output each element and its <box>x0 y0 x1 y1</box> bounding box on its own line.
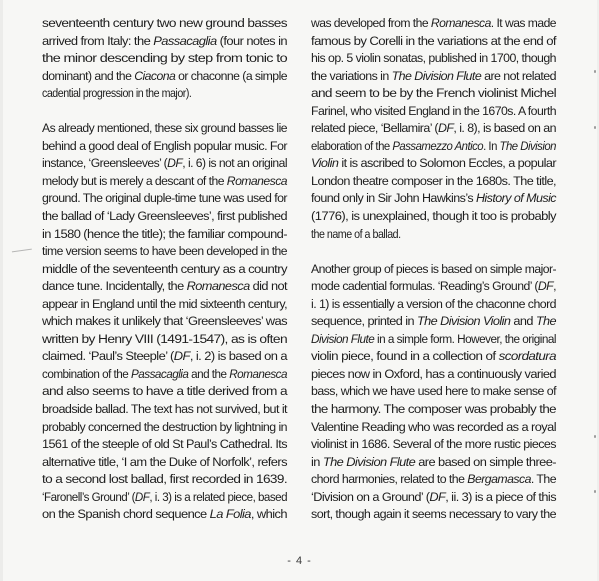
text-run: chord harmonies, related to the <box>311 472 467 486</box>
text-line: probably concerned the destruction by li… <box>42 419 287 437</box>
italic-text: DF <box>438 121 453 135</box>
text-run: , which <box>251 507 287 521</box>
text-run: alternative title, ‘I am the Duke of Nor… <box>42 455 287 469</box>
text-run: and <box>510 314 535 328</box>
text-run: instance, ‘Greensleeves’ ( <box>42 156 167 170</box>
text-run: , i. 3) is a related piece, based <box>149 490 287 504</box>
text-run: dance tune. Incidentally, the <box>42 279 187 293</box>
text-line: the name of a ballad. <box>311 226 556 244</box>
text-line: written by Henry VIII (1491-1547), as is… <box>42 331 287 349</box>
text-line: found only in Sir John Hawkins’s History… <box>311 190 556 208</box>
text-line: broadside ballad. The text has not survi… <box>42 401 287 419</box>
text-run: in a simple form. However, the original <box>374 332 556 346</box>
text-run: . The <box>531 472 556 486</box>
text-run: 1561 of the steeple of old St Paul’s Cat… <box>42 437 287 451</box>
text-run: Farinel, who visited England in the 1670… <box>311 104 556 118</box>
italic-text: Romanesca <box>187 279 250 293</box>
text-line: cadential progression in the major). <box>42 85 287 103</box>
italic-text: The Division <box>500 139 556 153</box>
paragraph: Another group of pieces is based on simp… <box>311 261 556 524</box>
italic-text: Passacaglia <box>153 34 216 48</box>
text-line: which makes it unlikely that ‘Greensleev… <box>42 313 287 331</box>
italic-text: History of Music <box>476 191 556 205</box>
text-line: instance, ‘Greensleeves’ (DF, i. 6) is n… <box>42 155 287 173</box>
text-run: Valentine Reading who was recorded as a … <box>311 420 556 434</box>
text-run: on the Spanish chord sequence <box>42 507 210 521</box>
italic-text: Bergamasca <box>467 472 531 486</box>
text-line: chord harmonies, related to the Bergamas… <box>311 471 556 489</box>
text-run: violinist in 1686. Several of the more r… <box>311 437 556 451</box>
text-line: to a second lost ballad, first recorded … <box>42 471 287 489</box>
text-run: pieces now in Oxford, has a continuously… <box>311 367 556 381</box>
text-line: in The Division Flute are based on simpl… <box>311 454 556 472</box>
text-run: mode cadential formulas. ‘Reading’s Grou… <box>311 279 538 293</box>
text-run: middle of the seventeenth century as a c… <box>42 262 287 276</box>
text-run: famous by Corelli in the variations at t… <box>311 34 556 48</box>
text-line: Division Flute in a simple form. However… <box>311 331 556 349</box>
italic-text: DF <box>135 490 149 504</box>
text-line: Violin it is ascribed to Solomon Eccles,… <box>311 155 556 173</box>
text-run: violin piece, found in a collection of <box>311 349 499 363</box>
text-run: and the <box>188 367 229 381</box>
text-line: bass, which we have used here to make se… <box>311 383 556 401</box>
text-run: melody but is merely a descant of the <box>42 174 227 188</box>
text-line: melody but is merely a descant of the Ro… <box>42 173 287 191</box>
text-line: violinist in 1686. Several of the more r… <box>311 436 556 454</box>
left-text-column: seventeenth century two new ground basse… <box>42 15 287 524</box>
page-number: - 4 - <box>0 555 599 567</box>
text-run: it is ascribed to Solomon Eccles, a popu… <box>338 156 556 170</box>
italic-text: DF <box>174 349 190 363</box>
text-run: written by Henry VIII (1491-1547), as is… <box>42 332 287 346</box>
text-line: sequence, printed in The Division Violin… <box>311 313 556 331</box>
text-run: seventeenth century two new ground basse… <box>42 16 287 30</box>
text-run: or chaconne (a simple <box>175 69 287 83</box>
text-run: appear in England until the mid sixteent… <box>42 297 287 311</box>
text-line: seventeenth century two new ground basse… <box>42 15 287 33</box>
text-line: pieces now in Oxford, has a continuously… <box>311 366 556 384</box>
text-line: 1561 of the steeple of old St Paul’s Cat… <box>42 436 287 454</box>
text-line: famous by Corelli in the variations at t… <box>311 33 556 51</box>
text-run: are based on simple three- <box>415 455 556 469</box>
text-run: to a second lost ballad, first recorded … <box>42 472 287 486</box>
text-run: ‘Division on a Ground’ ( <box>311 490 429 504</box>
text-line: claimed. ‘Paul’s Steeple’ (DF, i. 2) is … <box>42 348 287 366</box>
text-line: elaboration of the Passamezzo Antico. In… <box>311 138 556 156</box>
text-run: , <box>553 279 556 293</box>
italic-text: La Folia <box>210 507 251 521</box>
text-line: sort, though again it seems necessary to… <box>311 506 556 524</box>
italic-text: Passamezzo Antico <box>392 139 483 153</box>
text-run: and also seems to have a title derived f… <box>42 384 287 398</box>
text-line: and also seems to have a title derived f… <box>42 383 287 401</box>
italic-text: Passacaglia <box>131 367 188 381</box>
text-run: arrived from Italy: the <box>42 34 153 48</box>
text-run: (1776), is unexplained, though it too is… <box>311 209 556 223</box>
text-run: sequence, printed in <box>311 314 417 328</box>
text-run: claimed. ‘Paul’s Steeple’ ( <box>42 349 174 363</box>
italic-text: DF <box>167 156 182 170</box>
italic-text: Division Flute <box>311 332 374 346</box>
right-text-column: was developed from the Romanesca. It was… <box>311 15 556 524</box>
margin-pen-mark <box>12 249 32 255</box>
text-line: Farinel, who visited England in the 1670… <box>311 103 556 121</box>
text-line: (1776), is unexplained, though it too is… <box>311 208 556 226</box>
text-line: ‘Faronell’s Ground’ (DF, i. 3) is a rela… <box>42 489 287 507</box>
text-run: (four notes in <box>217 34 287 48</box>
text-run: the ballad of ‘Lady Greensleeves’, first… <box>42 209 287 223</box>
text-line: the minor descending by step from tonic … <box>42 50 287 68</box>
text-line: related piece, ‘Bellamira’ (DF, i. 8), i… <box>311 120 556 138</box>
text-line: i. 1) is essentially a version of the ch… <box>311 296 556 314</box>
text-line: alternative title, ‘I am the Duke of Nor… <box>42 454 287 472</box>
text-line: ‘Division on a Ground’ (DF, ii. 3) is a … <box>311 489 556 507</box>
italic-text: The Division Flute <box>392 69 482 83</box>
italic-text: DF <box>538 279 553 293</box>
text-line: the variations in The Division Flute are… <box>311 68 556 86</box>
text-run: combination of the <box>42 367 131 381</box>
text-line: dominant) and the Ciacona or chaconne (a… <box>42 68 287 86</box>
paragraph: seventeenth century two new ground basse… <box>42 15 287 103</box>
italic-text: The Division Flute <box>323 455 415 469</box>
text-run: . In <box>483 139 499 153</box>
text-run: i. 1) is essentially a version of the ch… <box>311 297 556 311</box>
italic-text: The Division Violin <box>417 314 510 328</box>
text-line: behind a good deal of English popular mu… <box>42 138 287 156</box>
italic-text: Romanesca <box>229 367 287 381</box>
text-run: the minor descending by step from tonic … <box>42 51 287 65</box>
text-run: behind a good deal of English popular mu… <box>42 139 287 153</box>
text-run: , i. 6) is not an original <box>182 156 287 170</box>
italic-text: Violin <box>311 156 338 170</box>
text-run: time version seems to have been develope… <box>42 244 287 258</box>
text-line: combination of the Passacaglia and the R… <box>42 366 287 384</box>
text-run: are not related <box>481 69 556 83</box>
text-line: Another group of pieces is based on simp… <box>311 261 556 279</box>
text-line: arrived from Italy: the Passacaglia (fou… <box>42 33 287 51</box>
text-run: which makes it unlikely that ‘Greensleev… <box>42 314 287 328</box>
text-line: As already mentioned, these six ground b… <box>42 120 287 138</box>
text-line: time version seems to have been develope… <box>42 243 287 261</box>
text-line: violin piece, found in a collection of s… <box>311 348 556 366</box>
text-line: the ballad of ‘Lady Greensleeves’, first… <box>42 208 287 226</box>
text-line: in 1580 (hence the title); the familiar … <box>42 226 287 244</box>
paragraph: was developed from the Romanesca. It was… <box>311 15 556 243</box>
text-run: , ii. 3) is a piece of this <box>445 490 556 504</box>
paragraph: As already mentioned, these six ground b… <box>42 120 287 524</box>
text-run: ground. The original duple-time tune was… <box>42 191 287 205</box>
page-edge-left <box>0 0 3 581</box>
text-run: the name of a ballad. <box>311 227 401 241</box>
text-run: his op. 5 violin sonatas, published in 1… <box>311 51 556 65</box>
text-line: his op. 5 violin sonatas, published in 1… <box>311 50 556 68</box>
text-run: broadside ballad. The text has not survi… <box>42 402 287 416</box>
text-line: and seem to be by the French violinist M… <box>311 85 556 103</box>
text-line: dance tune. Incidentally, the Romanesca … <box>42 278 287 296</box>
text-run: Another group of pieces is based on simp… <box>311 262 556 276</box>
italic-text: scordatura <box>499 349 556 363</box>
italic-text: Romanesca <box>227 174 287 188</box>
text-run: probably concerned the destruction by li… <box>42 420 287 434</box>
text-line: was developed from the Romanesca. It was… <box>311 15 556 33</box>
text-run: was developed from the <box>311 16 431 30</box>
text-run: As already mentioned, these six ground b… <box>42 121 287 135</box>
italic-text: DF <box>429 490 445 504</box>
text-line: on the Spanish chord sequence La Folia, … <box>42 506 287 524</box>
scan-speck <box>594 435 596 438</box>
text-run: London theatre composer in the 1680s. Th… <box>311 174 556 188</box>
text-line: mode cadential formulas. ‘Reading’s Grou… <box>311 278 556 296</box>
text-line: London theatre composer in the 1680s. Th… <box>311 173 556 191</box>
text-run: did not <box>250 279 287 293</box>
text-run: the harmony. The composer was probably t… <box>311 402 556 416</box>
text-line: the harmony. The composer was probably t… <box>311 401 556 419</box>
text-run: dominant) and the <box>42 69 134 83</box>
text-line: Valentine Reading who was recorded as a … <box>311 419 556 437</box>
scan-speck <box>594 126 596 129</box>
text-run: , i. 8), is based on an <box>453 121 556 135</box>
text-run: sort, though again it seems necessary to… <box>311 507 556 521</box>
text-run: , i. 2) is based on a <box>190 349 287 363</box>
text-line: ground. The original duple-time tune was… <box>42 190 287 208</box>
text-run: in <box>311 455 323 469</box>
italic-text: The <box>536 314 556 328</box>
text-run: elaboration of the <box>311 139 392 153</box>
scan-speck <box>594 490 596 493</box>
text-run: cadential progression in the major). <box>42 86 191 100</box>
text-line: middle of the seventeenth century as a c… <box>42 261 287 279</box>
text-run: the variations in <box>311 69 392 83</box>
text-run: ‘Faronell’s Ground’ ( <box>42 490 135 504</box>
scan-speck <box>594 70 596 73</box>
text-run: and seem to be by the French violinist M… <box>311 86 556 100</box>
text-run: . It was made <box>491 16 556 30</box>
italic-text: Romanesca <box>431 16 491 30</box>
text-run: bass, which we have used here to make se… <box>311 384 556 398</box>
italic-text: Ciacona <box>134 69 175 83</box>
text-run: related piece, ‘Bellamira’ ( <box>311 121 438 135</box>
text-run: found only in Sir John Hawkins’s <box>311 191 476 205</box>
text-line: appear in England until the mid sixteent… <box>42 296 287 314</box>
text-run: in 1580 (hence the title); the familiar … <box>42 227 287 241</box>
